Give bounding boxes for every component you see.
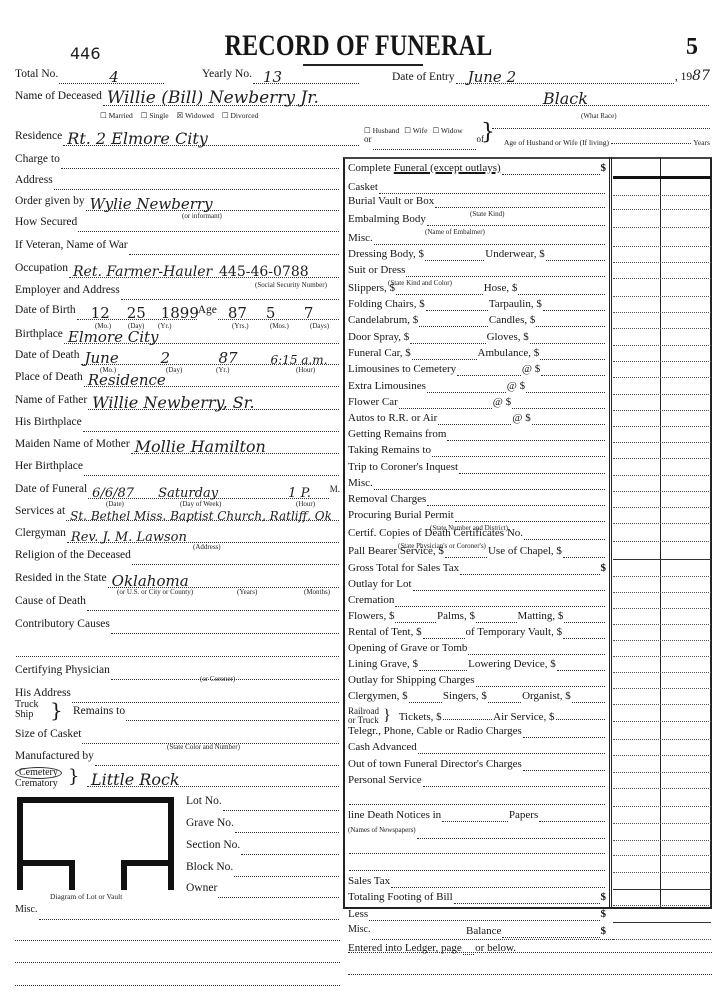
charge-amount-field[interactable]	[613, 656, 711, 657]
charge-label: @ $	[493, 396, 511, 408]
lot-diagram	[17, 797, 174, 890]
charge-label: @ $	[522, 363, 540, 375]
charge-label: $	[601, 562, 607, 574]
age-months: 5	[266, 304, 276, 322]
grave-no-field[interactable]: Grave No.	[186, 817, 340, 837]
charge-row[interactable]: Burial Vault or Box	[348, 195, 606, 212]
age-days: 7	[304, 304, 314, 322]
charge-row[interactable]: Outlay for Shipping Charges	[348, 674, 606, 691]
charge-label: Autos to R.R. or Air	[348, 412, 437, 424]
total-no-label: Total No.	[15, 68, 58, 80]
mother-value: Mollie Hamilton	[135, 437, 266, 456]
charge-label: Tarpaulin, $	[489, 298, 542, 310]
charge-label: @ $	[512, 412, 530, 424]
charge-label: Outlay for Shipping Charges	[348, 674, 475, 686]
name-of-deceased-field[interactable]: Name of Deceased Willie (Bill) Newberry …	[15, 90, 710, 110]
marital-single-checkbox[interactable]: ☐ Single	[141, 111, 169, 120]
charge-amount-field[interactable]	[613, 475, 711, 476]
charges-cents-divider	[660, 157, 661, 909]
cemetery-value: Little Rock	[91, 770, 180, 789]
dob-day: 25	[127, 304, 146, 322]
charge-amount-field[interactable]	[613, 442, 711, 443]
charge-label: Pall Bearer Service, $	[348, 545, 444, 557]
charge-row[interactable]: Railroador Truck}Tickets, $Air Service, …	[348, 707, 606, 724]
total-no-value: 4	[109, 68, 119, 86]
charge-label: Taking Remains to	[348, 444, 431, 456]
charge-row[interactable]: Slippers, $Hose, $	[348, 282, 606, 299]
total-no-field[interactable]: Total No. 4	[15, 68, 165, 88]
charge-label: Folding Chairs, $	[348, 298, 425, 310]
lot-no-field[interactable]: Lot No.	[186, 795, 340, 815]
charge-amount-field[interactable]	[613, 704, 711, 705]
charge-amount-field[interactable]	[613, 672, 711, 673]
charge-amount-field[interactable]	[613, 559, 711, 560]
charge-label: Certif. Copies of Death Certificates No.	[348, 527, 523, 539]
charge-row[interactable]: Flower Car@ $	[348, 396, 606, 413]
charge-row[interactable]: Funeral Car, $Ambulance, $	[348, 347, 606, 364]
charge-amount-field[interactable]	[613, 278, 711, 279]
charge-row[interactable]: Taking Remains to	[348, 444, 606, 461]
misc-left-line-2[interactable]	[15, 940, 340, 941]
age-years: 87	[228, 304, 247, 322]
charge-row[interactable]: line Death Notices inPapers	[348, 809, 606, 826]
charge-amount-field[interactable]	[613, 195, 711, 196]
residence-field[interactable]: Residence Rt. 2 Elmore City	[15, 130, 360, 150]
misc-left-field[interactable]: Misc.	[15, 904, 340, 924]
charge-label: Ambulance, $	[478, 347, 540, 359]
order-given-by-value: Wylie Newberry	[90, 195, 213, 213]
charge-label: Tickets, $	[399, 711, 442, 723]
services-at-field[interactable]: Services at St. Bethel Miss. Baptist Chu…	[15, 505, 340, 525]
charge-row[interactable]: Folding Chairs, $Tarpaulin, $	[348, 298, 606, 315]
charge-label: Papers	[509, 809, 538, 821]
charge-label: Lining Grave, $	[348, 658, 418, 670]
charge-label: Flowers, $	[348, 610, 394, 622]
charge-row[interactable]: Getting Remains from	[348, 428, 606, 445]
charge-row[interactable]: Entered into Ledger, pageor below.	[348, 942, 606, 959]
charge-label: Balance	[466, 925, 501, 937]
charge-row[interactable]: Misc.	[348, 477, 606, 494]
charge-amount-field[interactable]	[613, 328, 711, 329]
charge-label: of Temporary Vault, $	[466, 626, 563, 638]
charge-row[interactable]	[348, 792, 606, 809]
charge-row[interactable]: Personal Service	[348, 774, 606, 791]
charge-label: Underwear, $	[485, 248, 544, 260]
cause-of-death-field[interactable]: Cause of Death	[15, 595, 340, 615]
charge-label: Suit or Dress	[348, 264, 405, 276]
charge-row[interactable]: Outlay for Lot	[348, 578, 606, 595]
charge-label: Cash Advanced	[348, 741, 417, 753]
charge-row[interactable]: Embalming Body	[348, 213, 606, 230]
charge-row[interactable]: Cremation	[348, 594, 606, 611]
charge-label: Organist, $	[522, 690, 571, 702]
certifying-physician-field[interactable]: Certifying Physician	[15, 664, 340, 684]
charge-row[interactable]: Autos to R.R. or Air@ $	[348, 412, 606, 429]
charge-label: Use of Chapel, $	[488, 545, 562, 557]
block-no-field[interactable]: Block No.	[186, 861, 340, 881]
charge-amount-field[interactable]	[613, 624, 711, 625]
veteran-field[interactable]: If Veteran, Name of War	[15, 239, 340, 259]
charge-row[interactable]: Extra Limousines@ $	[348, 380, 606, 397]
charge-label: Casket	[348, 181, 378, 193]
father-field[interactable]: Name of Father Willie Newberry, Sr.	[15, 394, 340, 414]
charge-amount-field[interactable]	[613, 640, 711, 641]
charge-row[interactable]: Clergymen, $Singers, $Organist, $	[348, 690, 606, 707]
charge-label: line Death Notices in	[348, 809, 441, 821]
charge-row[interactable]: Telegr., Phone, Cable or Radio Charges	[348, 725, 606, 742]
name-of-deceased-value: Willie (Bill) Newberry Jr.	[107, 88, 319, 108]
charge-label: Dressing Body, $	[348, 248, 424, 260]
charge-label: Gross Total for Sales Tax	[348, 562, 459, 574]
charge-amount-field[interactable]	[613, 394, 711, 395]
charge-to-field[interactable]: Charge to	[15, 153, 340, 173]
charge-label: Air Service, $	[493, 711, 554, 723]
funeral-hour: 1 P.	[288, 486, 311, 501]
charge-label: Lowering Device, $	[468, 658, 556, 670]
residence-value: Rt. 2 Elmore City	[67, 129, 208, 148]
contributory-causes-field[interactable]: Contributory Causes	[15, 618, 340, 638]
dob-year: 1899	[161, 304, 199, 322]
his-birthplace-field[interactable]: His Birthplace	[15, 416, 340, 436]
charge-row[interactable]: Certif. Copies of Death Certificates No.	[348, 527, 606, 544]
charge-amount-field[interactable]	[613, 739, 711, 740]
charge-amount-field[interactable]	[613, 755, 711, 756]
charge-label: Opening of Grave or Tomb	[348, 642, 467, 654]
charge-label: Misc.	[348, 477, 373, 489]
charge-row[interactable]: Flowers, $Palms, $Matting, $	[348, 610, 606, 627]
charge-amount-field[interactable]	[613, 176, 711, 179]
occupation-field[interactable]: Occupation Ret. Farmer-Hauler 445-46-078…	[15, 262, 340, 282]
father-value: Willie Newberry, Sr.	[92, 393, 254, 412]
charge-label: Hose, $	[484, 282, 518, 294]
charge-label: Gloves, $	[487, 331, 529, 343]
marital-married-checkbox[interactable]: ☐ Married	[100, 111, 133, 120]
religion-field[interactable]: Religion of the Deceased	[15, 549, 340, 569]
charge-amount-field[interactable]	[613, 262, 711, 263]
cemetery-crematory-label: Cemetery Crematory	[15, 767, 62, 789]
diagram-caption: Diagram of Lot or Vault	[50, 892, 122, 901]
charge-amount-field[interactable]	[613, 209, 711, 210]
date-of-entry-year-prefix: , 19	[675, 71, 692, 83]
charge-row[interactable]: Gross Total for Sales Tax$	[348, 562, 606, 579]
section-no-field[interactable]: Section No.	[186, 839, 340, 859]
charge-row[interactable]: Balance$	[348, 925, 606, 942]
charge-label: Candles, $	[489, 314, 535, 326]
marital-widowed-checkbox[interactable]: ☒ Widowed	[177, 111, 214, 120]
charge-amount-field[interactable]	[613, 426, 711, 427]
charge-label: Burial Vault or Box	[348, 195, 434, 207]
charge-label: Palms, $	[437, 610, 475, 622]
mother-field[interactable]: Maiden Name of Mother Mollie Hamilton	[15, 438, 340, 458]
charges-column-divider	[609, 157, 612, 909]
funeral-day-of-week: Saturday	[158, 486, 218, 501]
charge-row[interactable]: Complete Funeral (except outlays)$	[348, 162, 606, 179]
ssn-value: 445-46-0788	[219, 264, 309, 280]
charge-label: Funeral Car, $	[348, 347, 411, 359]
charge-amount-field[interactable]	[613, 458, 711, 459]
employer-field[interactable]: Employer and Address	[15, 284, 340, 304]
spouse-name-line[interactable]	[492, 128, 710, 129]
charge-label: Cremation	[348, 594, 394, 606]
address-field[interactable]: Address	[15, 174, 340, 194]
charge-label: Procuring Burial Permit	[348, 509, 454, 521]
charge-row[interactable]: Trip to Coroner's Inquest	[348, 461, 606, 478]
charge-amount-field[interactable]	[613, 608, 711, 609]
yearly-no-value: 13	[263, 68, 282, 86]
charge-label: Funeral (except outlays)	[394, 162, 501, 174]
charge-row[interactable]: Less$	[348, 908, 606, 925]
charge-label: Out of town Funeral Director's Charges	[348, 758, 522, 770]
charge-amount-field[interactable]	[613, 772, 711, 773]
misc-left-line-4[interactable]	[15, 985, 340, 986]
charge-amount-field[interactable]	[613, 840, 711, 841]
occupation-value: Ret. Farmer-Hauler	[73, 264, 212, 280]
charge-label: Less	[348, 908, 368, 920]
charge-row[interactable]: Door Spray, $Gloves, $	[348, 331, 606, 348]
charge-label: $	[601, 925, 607, 937]
charge-row[interactable]: Misc.	[348, 232, 606, 249]
date-of-entry-field[interactable]: Date of Entry June 2 , 19 87	[392, 68, 710, 88]
dod-month: June	[85, 349, 119, 367]
date-of-birth-field[interactable]: Date of Birth 12 25 1899 Age 87 5 7	[15, 304, 340, 324]
charge-amount-field[interactable]	[613, 491, 711, 492]
charge-row[interactable]: Limousines to Cemetery@ $	[348, 363, 606, 380]
his-address-field[interactable]: His Address	[15, 687, 340, 707]
race-caption: (What Race)	[581, 112, 617, 120]
charge-row[interactable]	[348, 841, 606, 858]
charge-label: Door Spray, $	[348, 331, 409, 343]
charge-amount-field[interactable]	[613, 312, 711, 313]
spouse-age-field[interactable]: Age of Husband or Wife (If living) Years	[504, 138, 710, 147]
place-of-death-value: Residence	[88, 371, 166, 389]
charge-amount-field[interactable]	[613, 905, 711, 906]
dob-month: 12	[91, 304, 110, 322]
charge-label: Slippers, $	[348, 282, 395, 294]
charge-label: Singers, $	[443, 690, 487, 702]
charge-amount-field[interactable]	[613, 592, 711, 593]
charge-amount-field[interactable]	[613, 541, 711, 542]
charge-amount-field[interactable]	[613, 345, 711, 346]
charge-label: Outlay for Lot	[348, 578, 412, 590]
charge-amount-field[interactable]	[613, 922, 711, 923]
charge-label: Complete	[348, 162, 391, 174]
charge-amount-field[interactable]	[613, 246, 711, 247]
charge-amount-field[interactable]	[613, 823, 711, 824]
charge-amount-field[interactable]	[613, 507, 711, 508]
charge-row[interactable]	[348, 858, 606, 875]
contributory-causes-line-2[interactable]	[15, 641, 340, 661]
charge-label: Extra Limousines	[348, 380, 426, 392]
misc-left-line-3[interactable]	[15, 962, 340, 963]
date-of-funeral-field[interactable]: Date of Funeral 6/6/87 Saturday 1 P. M.	[15, 483, 340, 503]
order-given-by-field[interactable]: Order given by Wylie Newberry	[15, 195, 340, 215]
charge-label: (Names of Newspapers)	[348, 826, 416, 834]
charge-row[interactable]: Procuring Burial Permit	[348, 509, 606, 526]
clergyman-field[interactable]: Clergyman Rev. J. M. Lawson	[15, 527, 340, 547]
owner-field[interactable]: Owner	[186, 882, 340, 902]
charge-row[interactable]: Sales Tax	[348, 875, 606, 892]
remains-to-field[interactable]: Remains to	[73, 705, 340, 725]
charge-label: Removal Charges	[348, 493, 426, 505]
charge-row[interactable]: Dressing Body, $Underwear, $	[348, 248, 606, 265]
charge-row[interactable]: Candelabrum, $Candles, $	[348, 314, 606, 331]
charge-label: Candelabrum, $	[348, 314, 418, 326]
yearly-no-label: Yearly No.	[202, 68, 252, 80]
charge-label: Getting Remains from	[348, 428, 446, 440]
charge-row[interactable]: Suit or Dress	[348, 264, 606, 281]
birthplace-field[interactable]: Birthplace Elmore City	[15, 328, 340, 348]
residence-label: Residence	[15, 130, 62, 142]
charge-amount-field[interactable]	[613, 688, 711, 689]
date-of-entry-label: Date of Entry	[392, 71, 455, 83]
charge-label: Totaling Footing of Bill	[348, 891, 453, 903]
charge-amount-field[interactable]	[613, 410, 711, 411]
charge-amount-field[interactable]	[613, 806, 711, 807]
charge-row[interactable]: Removal Charges	[348, 493, 606, 510]
charge-amount-field[interactable]	[613, 855, 711, 856]
cemetery-field[interactable]: Little Rock	[86, 771, 340, 791]
charge-row[interactable]: Pall Bearer Service, $Use of Chapel, $	[348, 545, 606, 562]
name-of-deceased-label: Name of Deceased	[15, 90, 102, 102]
funeral-date: 6/6/87	[92, 486, 134, 501]
charge-label: Sales Tax	[348, 875, 390, 887]
misc-right-line-3[interactable]	[348, 974, 712, 975]
charge-label: Rental of Tent, $	[348, 626, 422, 638]
title-underline	[303, 64, 423, 66]
charge-amount-field[interactable]	[613, 872, 711, 873]
charge-label: Personal Service	[348, 774, 422, 786]
age-label: Age	[198, 304, 217, 316]
charge-label: Entered into Ledger, page	[348, 942, 462, 954]
charge-label: $	[601, 891, 607, 903]
charge-label: Clergymen, $	[348, 690, 408, 702]
charge-row[interactable]: Rental of Tent, $of Temporary Vault, $	[348, 626, 606, 643]
marital-status-group[interactable]: ☐ Married ☐ Single ☒ Widowed ☐ Divorced	[100, 111, 258, 120]
truck-ship-brace: }	[50, 700, 63, 720]
date-of-entry-year: 87	[692, 68, 710, 84]
charge-label: $	[601, 908, 607, 920]
clergyman-value: Rev. J. M. Lawson	[71, 530, 187, 545]
charge-amount-field[interactable]	[613, 939, 711, 940]
charge-amount-field[interactable]	[613, 227, 711, 228]
charge-amount-field[interactable]	[613, 377, 711, 378]
charge-row[interactable]: Out of town Funeral Director's Charges	[348, 758, 606, 775]
manufactured-by-field[interactable]: Manufactured by	[15, 750, 340, 770]
dod-day: 2	[161, 349, 171, 367]
date-of-entry-value: June 2	[468, 68, 517, 86]
cemetery-brace: }	[68, 768, 79, 786]
charge-amount-field[interactable]	[613, 721, 711, 722]
yearly-no-field[interactable]: Yearly No. 13	[202, 68, 360, 88]
race-value: Black	[543, 89, 588, 108]
charge-amount-field[interactable]	[613, 361, 711, 362]
page-title: RECORD OF FUNERAL	[0, 30, 717, 64]
charge-row[interactable]: Cash Advanced	[348, 741, 606, 758]
charge-label: Telegr., Phone, Cable or Radio Charges	[348, 725, 522, 737]
charge-row[interactable]: Lining Grave, $Lowering Device, $	[348, 658, 606, 675]
truck-ship-label: Truck Ship	[15, 700, 39, 720]
marital-divorced-checkbox[interactable]: ☐ Divorced	[222, 111, 259, 120]
charge-row[interactable]: Opening of Grave or Tomb	[348, 642, 606, 659]
dod-hour: 6:15 a.m.	[271, 353, 328, 367]
page-number: 5	[686, 34, 698, 61]
dod-year: 87	[219, 349, 238, 367]
charge-amount-field[interactable]	[613, 788, 711, 789]
charge-amount-field[interactable]	[613, 576, 711, 577]
services-at-value: St. Bethel Miss. Baptist Church, Ratliff…	[70, 509, 332, 523]
charge-label: Embalming Body	[348, 213, 426, 225]
charge-row[interactable]: Totaling Footing of Bill$	[348, 891, 606, 908]
charge-amount-field[interactable]	[613, 889, 711, 890]
charge-label: Flower Car	[348, 396, 398, 408]
charge-label: Misc.	[348, 232, 373, 244]
charge-label: or below.	[475, 942, 516, 954]
her-birthplace-field[interactable]: Her Birthplace	[15, 460, 340, 480]
charge-label: Trip to Coroner's Inquest	[348, 461, 458, 473]
place-of-death-field[interactable]: Place of Death Residence	[15, 371, 340, 391]
charge-label: Matting, $	[518, 610, 564, 622]
how-secured-field[interactable]: How Secured	[15, 216, 340, 236]
charge-label: @ $	[507, 380, 525, 392]
charge-amount-field[interactable]	[613, 296, 711, 297]
charge-amount-field[interactable]	[613, 523, 711, 524]
spouse-or-of-field[interactable]: or of	[364, 134, 484, 154]
charge-label: Limousines to Cemetery	[348, 363, 456, 375]
charge-label: $	[601, 162, 607, 174]
birthplace-value: Elmore City	[68, 328, 159, 346]
